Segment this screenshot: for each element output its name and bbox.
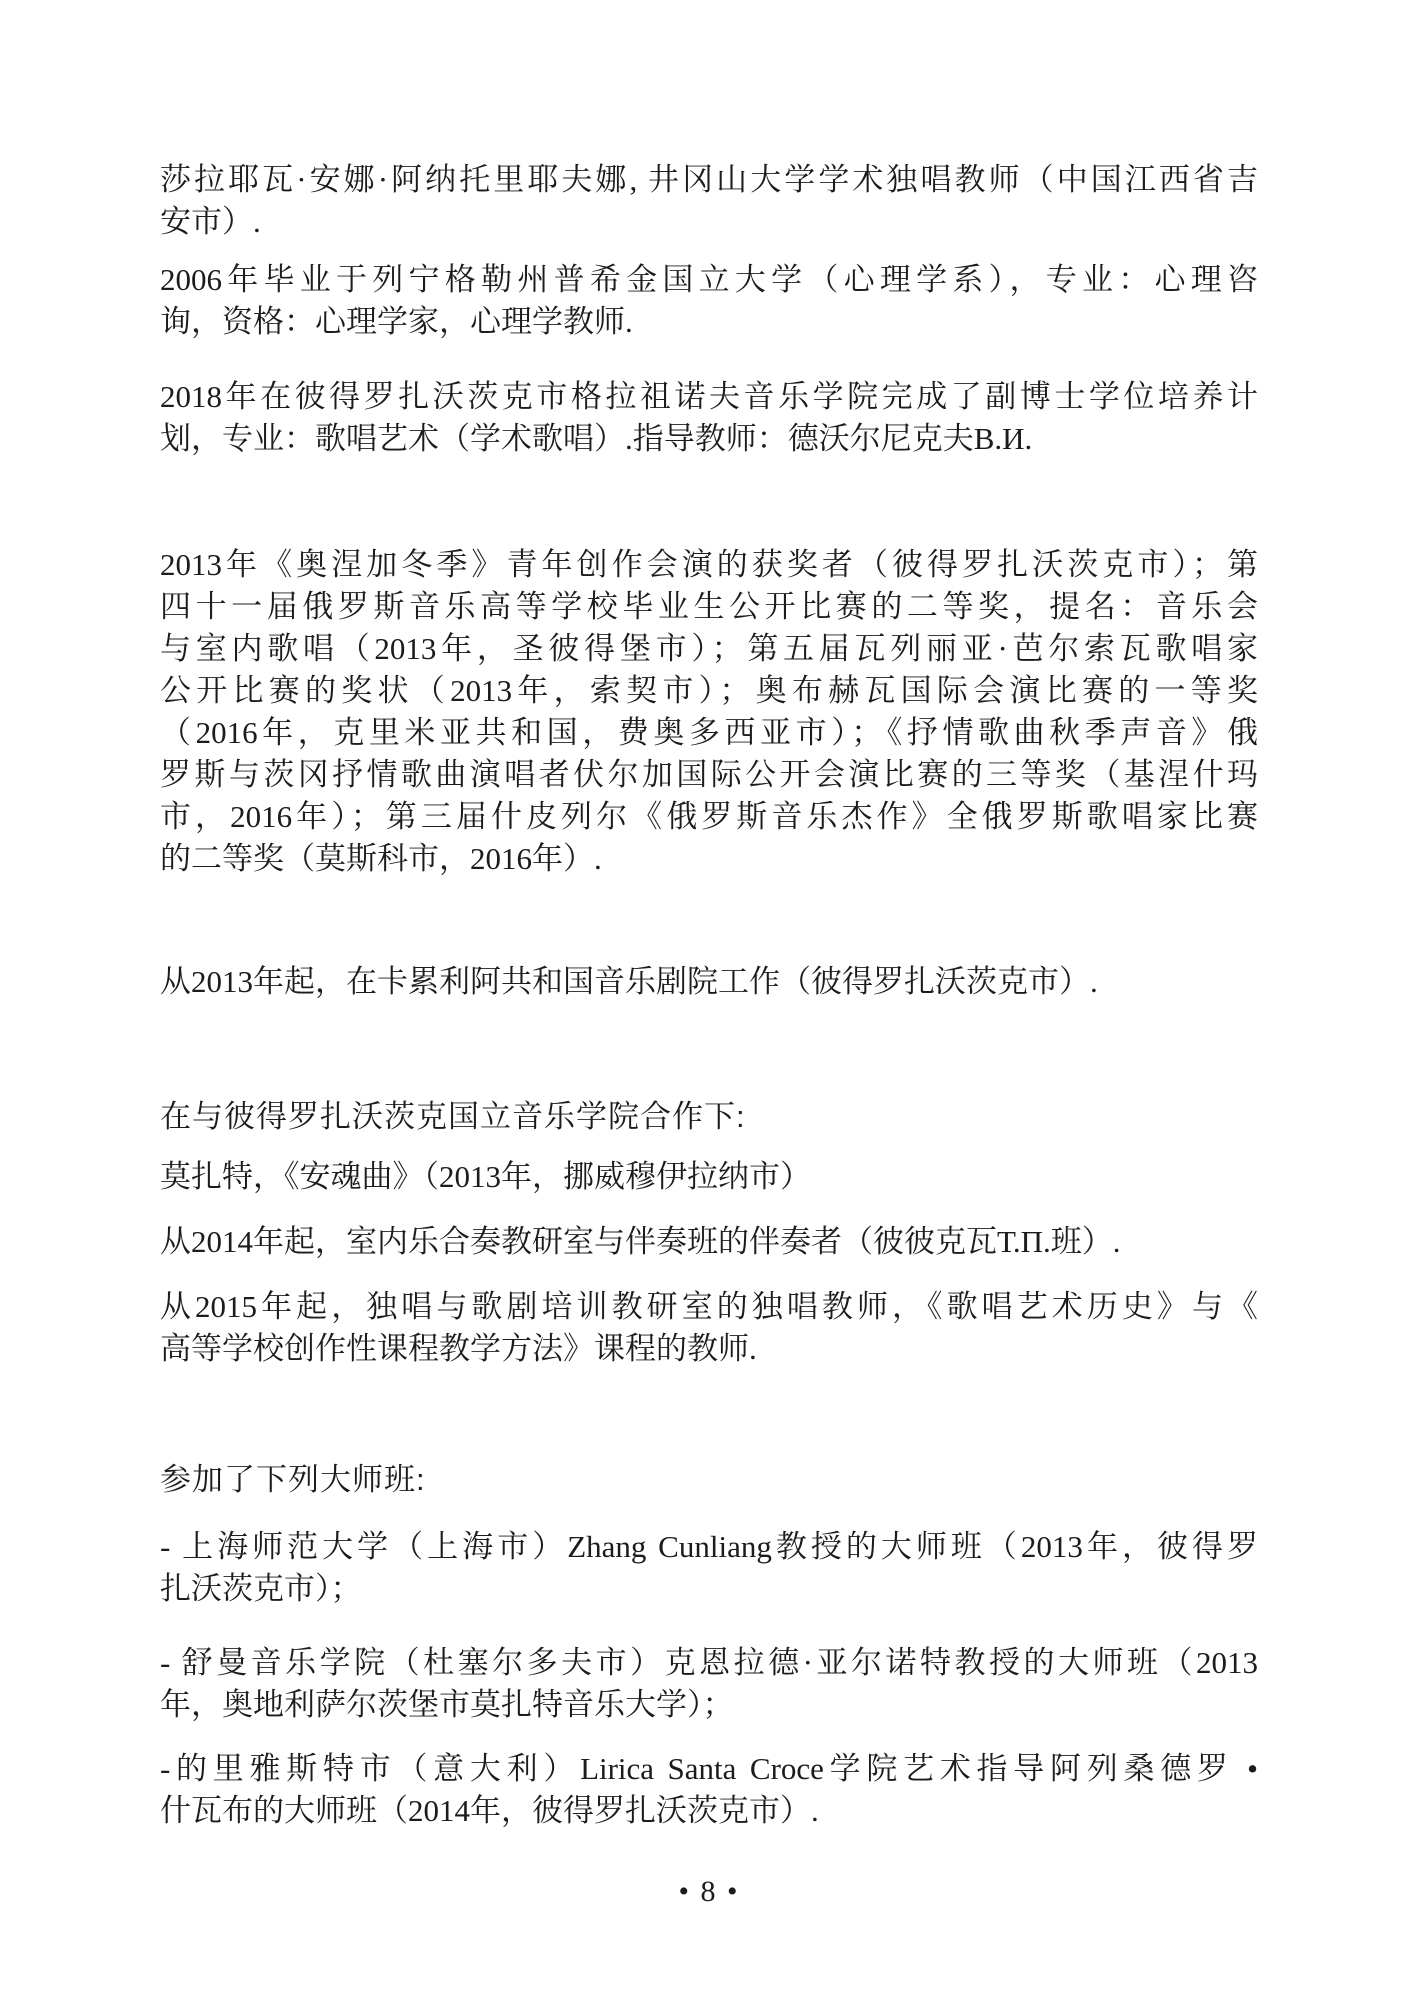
paragraph-theatre-work: 从2013年起，在卡累利阿共和国音乐剧院工作（彼得罗扎沃茨克市）. (160, 961, 1258, 1003)
heading-masterclasses: 参加了下列大师班: (160, 1459, 1258, 1501)
heading-collaboration: 在与彼得罗扎沃茨克国立音乐学院合作下: (160, 1096, 1258, 1138)
heading-text: 在与彼得罗扎沃茨克国立音乐学院合作下: (160, 1096, 1258, 1138)
paragraph-postgraduate-2018: 2018年在彼得罗扎沃茨克市格拉祖诺夫音乐学院完成了副博士学位培养计 划，专业：… (160, 376, 1258, 460)
text-line: 2013年《奥涅加冬季》青年创作会演的获奖者（彼得罗扎沃茨克市）；第 (160, 544, 1258, 586)
text-line: - 上海师范大学（上海市）Zhang Cunliang教授的大师班（2013年，… (160, 1526, 1258, 1568)
text-line: 莫扎特，《安魂曲》（2013年，挪威穆伊拉纳市） (160, 1156, 1258, 1198)
text-line: 莎拉耶瓦·安娜·阿纳托里耶夫娜, 井冈山大学学术独唱教师（中国江西省吉 (160, 159, 1258, 201)
text-line: 扎沃茨克市）； (160, 1568, 1258, 1610)
masterclass-item-shanghai: - 上海师范大学（上海市）Zhang Cunliang教授的大师班（2013年，… (160, 1526, 1258, 1610)
text-line: -的里雅斯特市（意大利）Lirica Santa Croce学院艺术指导阿列桑德… (160, 1748, 1258, 1790)
document-page: 莎拉耶瓦·安娜·阿纳托里耶夫娜, 井冈山大学学术独唱教师（中国江西省吉 安市）.… (0, 0, 1414, 2000)
text-column: 莎拉耶瓦·安娜·阿纳托里耶夫娜, 井冈山大学学术独唱教师（中国江西省吉 安市）.… (160, 0, 1258, 1913)
paragraph-awards: 2013年《奥涅加冬季》青年创作会演的获奖者（彼得罗扎沃茨克市）；第 四十一届俄… (160, 544, 1258, 880)
text-line: 从2015年起，独唱与歌剧培训教研室的独唱教师，《歌唱艺术历史》与《 (160, 1286, 1258, 1328)
masterclass-item-schumann: - 舒曼音乐学院（杜塞尔多夫市）克恩拉德·亚尔诺特教授的大师班（2013 年，奥… (160, 1642, 1258, 1726)
paragraph-teacher-2015: 从2015年起，独唱与歌剧培训教研室的独唱教师，《歌唱艺术历史》与《 高等学校创… (160, 1286, 1258, 1370)
paragraph-mozart-requiem: 莫扎特，《安魂曲》（2013年，挪威穆伊拉纳市） (160, 1156, 1258, 1198)
text-line: 公开比赛的奖状（2013年，索契市）；奥布赫瓦国际会演比赛的一等奖 (160, 670, 1258, 712)
text-line: 2006年毕业于列宁格勒州普希金国立大学（心理学系），专业：心理咨 (160, 259, 1258, 301)
text-line: 安市）. (160, 201, 1258, 243)
paragraph-intro: 莎拉耶瓦·安娜·阿纳托里耶夫娜, 井冈山大学学术独唱教师（中国江西省吉 安市）. (160, 159, 1258, 243)
text-line: 年，奥地利萨尔茨堡市莫扎特音乐大学）； (160, 1684, 1258, 1726)
text-line: - 舒曼音乐学院（杜塞尔多夫市）克恩拉德·亚尔诺特教授的大师班（2013 (160, 1642, 1258, 1684)
text-line: 高等学校创作性课程教学方法》课程的教师. (160, 1328, 1258, 1370)
paragraph-accompanist-2014: 从2014年起，室内乐合奏教研室与伴奏班的伴奏者（彼彼克瓦Т.П.班）. (160, 1221, 1258, 1263)
text-line: 四十一届俄罗斯音乐高等学校毕业生公开比赛的二等奖，提名：音乐会 (160, 586, 1258, 628)
masterclass-item-trieste: -的里雅斯特市（意大利）Lirica Santa Croce学院艺术指导阿列桑德… (160, 1748, 1258, 1832)
paragraph-education-2006: 2006年毕业于列宁格勒州普希金国立大学（心理学系），专业：心理咨 询，资格：心… (160, 259, 1258, 343)
text-line: 与室内歌唱（2013年，圣彼得堡市）；第五届瓦列丽亚·芭尔索瓦歌唱家 (160, 628, 1258, 670)
heading-text: 参加了下列大师班: (160, 1459, 1258, 1501)
text-line: 划，专业：歌唱艺术（学术歌唱）.指导教师：德沃尔尼克夫В.И. (160, 418, 1258, 460)
text-line: 市，2016年）；第三届什皮列尔《俄罗斯音乐杰作》全俄罗斯歌唱家比赛 (160, 796, 1258, 838)
text-line: （2016年，克里米亚共和国，费奥多西亚市）；《抒情歌曲秋季声音》俄 (160, 712, 1258, 754)
text-line: 从2014年起，室内乐合奏教研室与伴奏班的伴奏者（彼彼克瓦Т.П.班）. (160, 1221, 1258, 1263)
text-line: 罗斯与茨冈抒情歌曲演唱者伏尔加国际公开会演比赛的三等奖（基涅什玛 (160, 754, 1258, 796)
text-line: 2018年在彼得罗扎沃茨克市格拉祖诺夫音乐学院完成了副博士学位培养计 (160, 376, 1258, 418)
text-line: 什瓦布的大师班（2014年，彼得罗扎沃茨克市）. (160, 1790, 1258, 1832)
page-number: • 8 • (160, 1871, 1258, 1913)
text-line: 询，资格：心理学家，心理学教师. (160, 301, 1258, 343)
text-line: 从2013年起，在卡累利阿共和国音乐剧院工作（彼得罗扎沃茨克市）. (160, 961, 1258, 1003)
text-line: 的二等奖（莫斯科市，2016年）. (160, 838, 1258, 880)
